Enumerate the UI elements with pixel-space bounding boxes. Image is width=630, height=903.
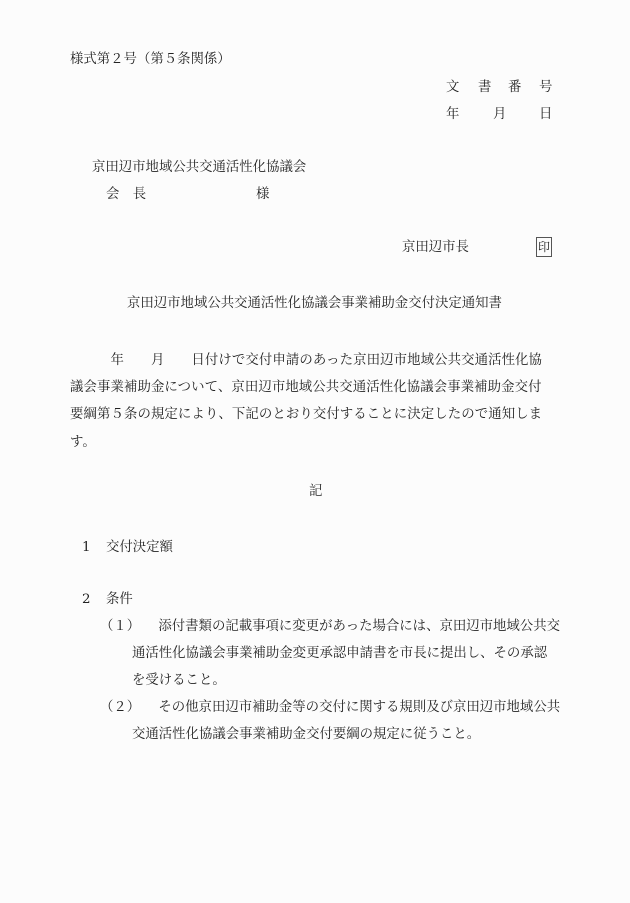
condition-text: 添付書類の記載事項に変更があった場合には、京田辺市地域公共交 <box>145 619 560 634</box>
addressee-organization: 京田辺市地域公共交通活性化協議会 <box>92 160 306 176</box>
body-line: す。 <box>70 429 556 456</box>
condition-2: （２） その他京田辺市補助金等の交付に関する規則及び京田辺市地域公共 交通活性化… <box>100 694 560 748</box>
condition-text: その他京田辺市補助金等の交付に関する規則及び京田辺市地域公共 <box>145 700 560 715</box>
condition-text: 通活性化協議会事業補助金変更承認申請書を市長に提出し、その承認 <box>100 640 560 667</box>
item-label: 条件 <box>106 592 133 607</box>
doc-number-char: 号 <box>539 80 552 96</box>
addressee-role: 会 長 <box>106 187 146 202</box>
condition-text: 交通活性化協議会事業補助金交付要綱の規定に従うこと。 <box>100 721 560 748</box>
item-number: 1 <box>82 540 106 556</box>
condition-1: （１） 添付書類の記載事項に変更があった場合には、京田辺市地域公共交 通活性化協… <box>100 613 560 694</box>
item-conditions: 2条件 <box>82 592 133 608</box>
condition-label: （２） <box>100 694 145 721</box>
item-label: 交付決定額 <box>106 540 173 555</box>
addressee-honorific: 様 <box>256 187 269 203</box>
document-title: 京田辺市地域公共交通活性化協議会事業補助金交付決定通知書 <box>127 296 502 312</box>
item-number: 2 <box>82 592 106 608</box>
sender-name: 京田辺市長 <box>402 240 469 256</box>
doc-number-char: 書 <box>478 80 491 96</box>
body-line: 議会事業補助金について、京田辺市地域公共交通活性化協議会事業補助金交付 <box>70 374 556 401</box>
body-line: 年 月 日付けで交付申請のあった京田辺市地域公共交通活性化協 <box>70 347 556 374</box>
body-paragraph: 年 月 日付けで交付申請のあった京田辺市地域公共交通活性化協 議会事業補助金につ… <box>70 347 556 456</box>
addressee-title: 会 長 様 <box>106 187 146 203</box>
item-grant-amount: 1交付決定額 <box>82 540 173 556</box>
seal-icon: 印 <box>536 237 552 257</box>
form-identifier: 様式第２号（第５条関係） <box>70 52 231 68</box>
condition-text: を受けること。 <box>100 667 560 694</box>
date-month-label: 月 <box>493 107 506 123</box>
date-day-label: 日 <box>539 107 552 123</box>
doc-number-char: 文 <box>446 80 459 96</box>
condition-label: （１） <box>100 613 145 640</box>
ki-heading: 記 <box>309 484 322 500</box>
body-line: 要綱第５条の規定により、下記のとおり交付することに決定したので通知しま <box>70 401 556 428</box>
doc-number-char: 番 <box>508 80 521 96</box>
date-year-label: 年 <box>446 107 459 123</box>
